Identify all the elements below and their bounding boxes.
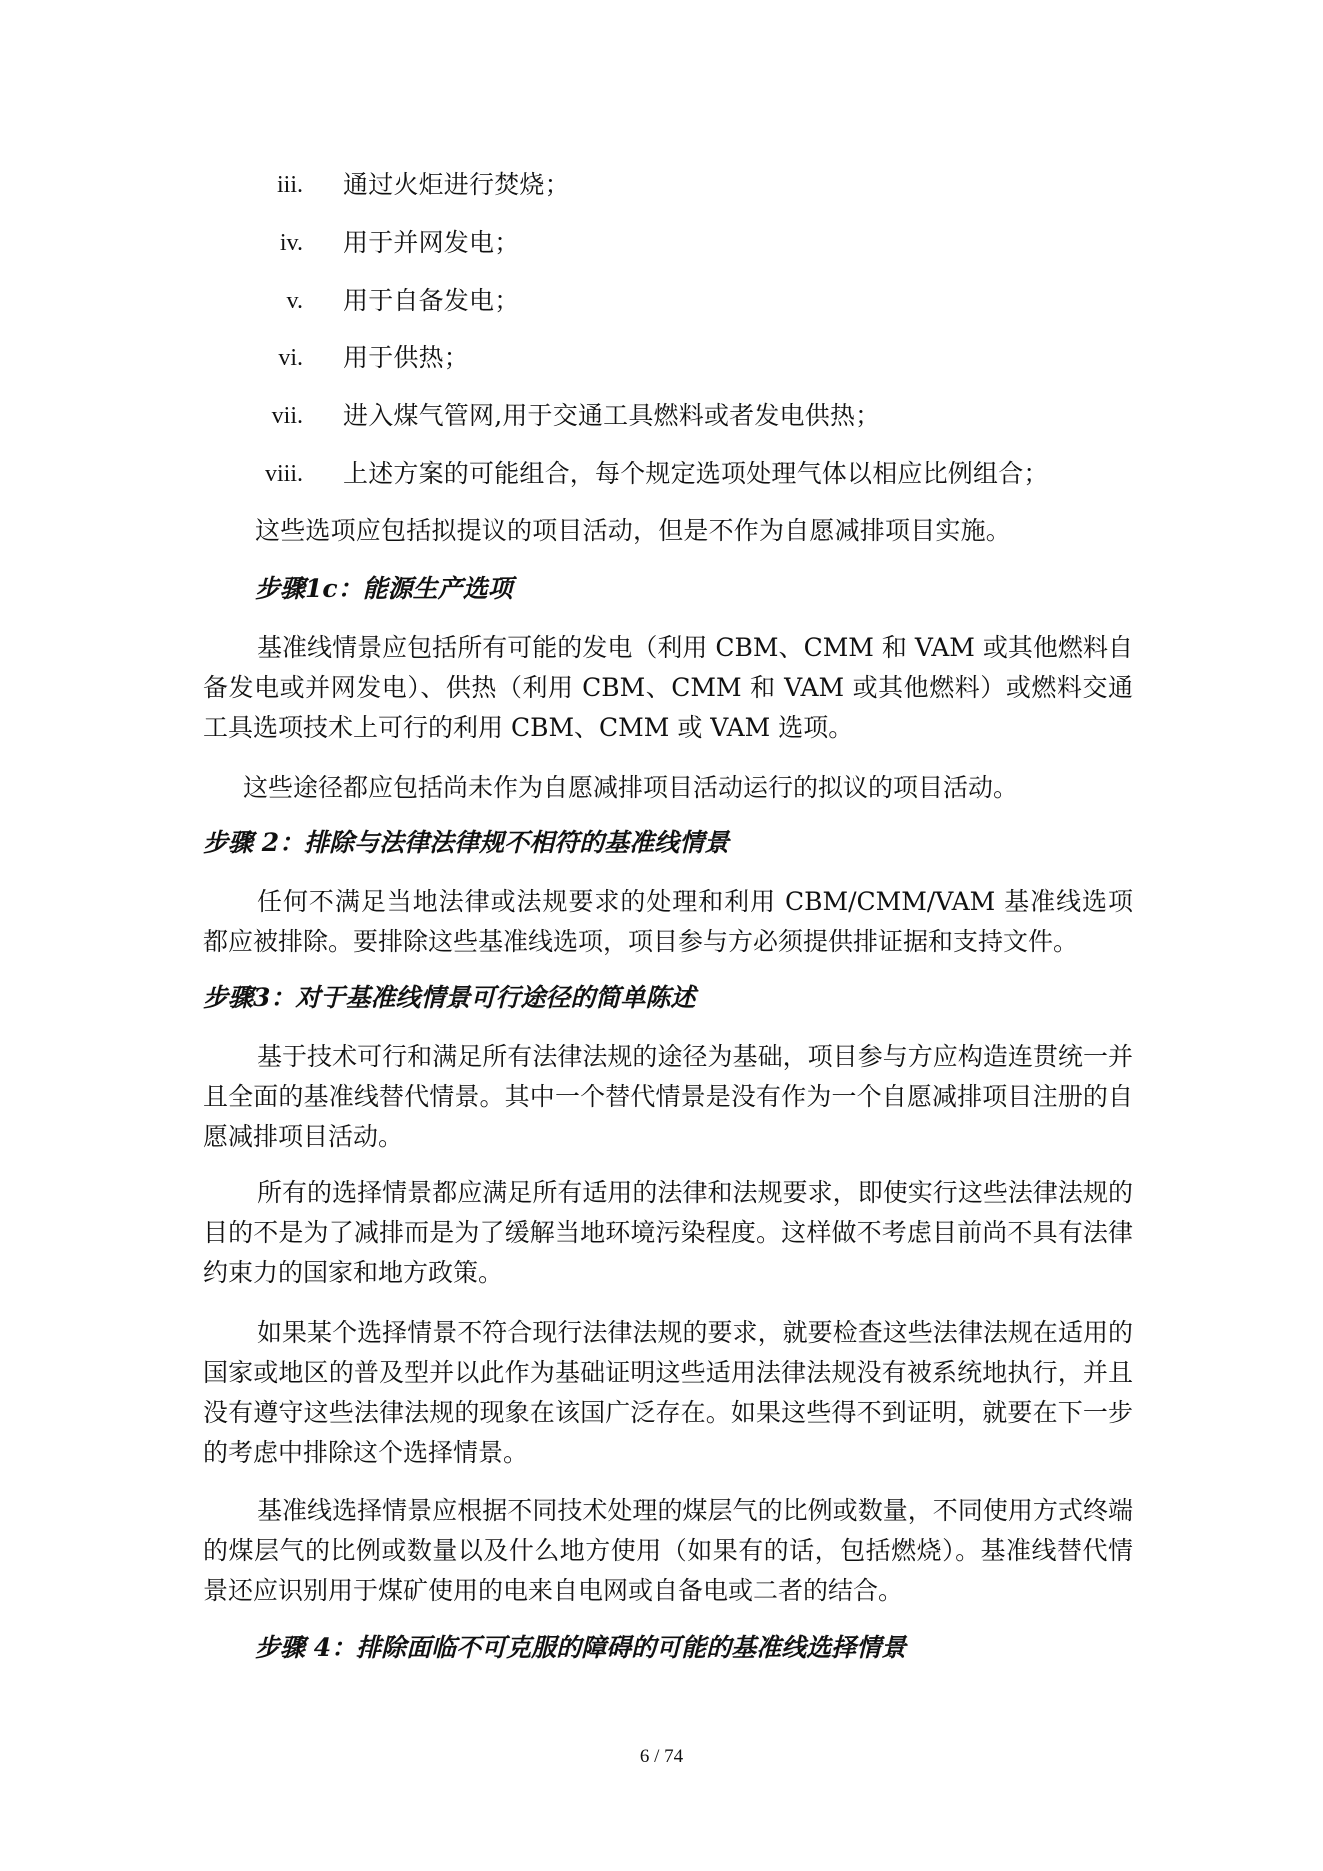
list-item-number: iv. bbox=[243, 228, 303, 258]
paragraph: 基准线情景应包括所有可能的发电（利用 CBM、CMM 和 VAM 或其他燃料自备… bbox=[203, 628, 1133, 748]
paragraph: 任何不满足当地法律或法规要求的处理和利用 CBM/CMM/VAM 基准线选项都应… bbox=[203, 882, 1133, 962]
paragraph: 所有的选择情景都应满足所有适用的法律和法规要求，即使实行这些法律法规的目的不是为… bbox=[203, 1173, 1133, 1293]
paragraph: 如果某个选择情景不符合现行法律法规的要求，就要检查这些法律法规在适用的国家或地区… bbox=[203, 1313, 1133, 1473]
section-heading-step2: 步骤 2：排除与法律法律规不相符的基准线情景 bbox=[203, 828, 729, 858]
list-item-text: 用于自备发电； bbox=[343, 286, 519, 316]
list-item-text: 用于并网发电； bbox=[343, 228, 519, 258]
list-item-text: 用于供热； bbox=[343, 343, 469, 373]
paragraph: 基准线选择情景应根据不同技术处理的煤层气的比例或数量，不同使用方式终端的煤层气的… bbox=[203, 1491, 1133, 1611]
document-page: iii. 通过火炬进行焚烧； iv. 用于并网发电； v. 用于自备发电； vi… bbox=[0, 0, 1323, 1871]
list-item-number: v. bbox=[243, 286, 303, 316]
list-note: 这些选项应包括拟提议的项目活动，但是不作为自愿减排项目实施。 bbox=[255, 516, 1011, 546]
paragraph: 这些途径都应包括尚未作为自愿减排项目活动运行的拟议的项目活动。 bbox=[203, 768, 1133, 808]
list-item-number: viii. bbox=[243, 459, 303, 489]
section-heading-step3: 步骤3：对于基准线情景可行途径的简单陈述 bbox=[203, 983, 695, 1013]
list-item-text: 上述方案的可能组合，每个规定选项处理气体以相应比例组合； bbox=[343, 459, 1049, 489]
section-heading-step4: 步骤 4：排除面临不可克服的障碍的可能的基准线选择情景 bbox=[255, 1633, 906, 1663]
paragraph: 基于技术可行和满足所有法律法规的途径为基础，项目参与方应构造连贯统一并且全面的基… bbox=[203, 1037, 1133, 1157]
section-heading-step1c: 步骤1c：能源生产选项 bbox=[255, 574, 513, 604]
list-item-number: vii. bbox=[243, 401, 303, 431]
list-item-text: 进入煤气管网,用于交通工具燃料或者发电供热； bbox=[343, 401, 880, 431]
list-item-number: iii. bbox=[243, 170, 303, 200]
list-item-number: vi. bbox=[243, 343, 303, 373]
list-item-text: 通过火炬进行焚烧； bbox=[343, 170, 570, 200]
page-number: 6 / 74 bbox=[0, 1745, 1323, 1769]
